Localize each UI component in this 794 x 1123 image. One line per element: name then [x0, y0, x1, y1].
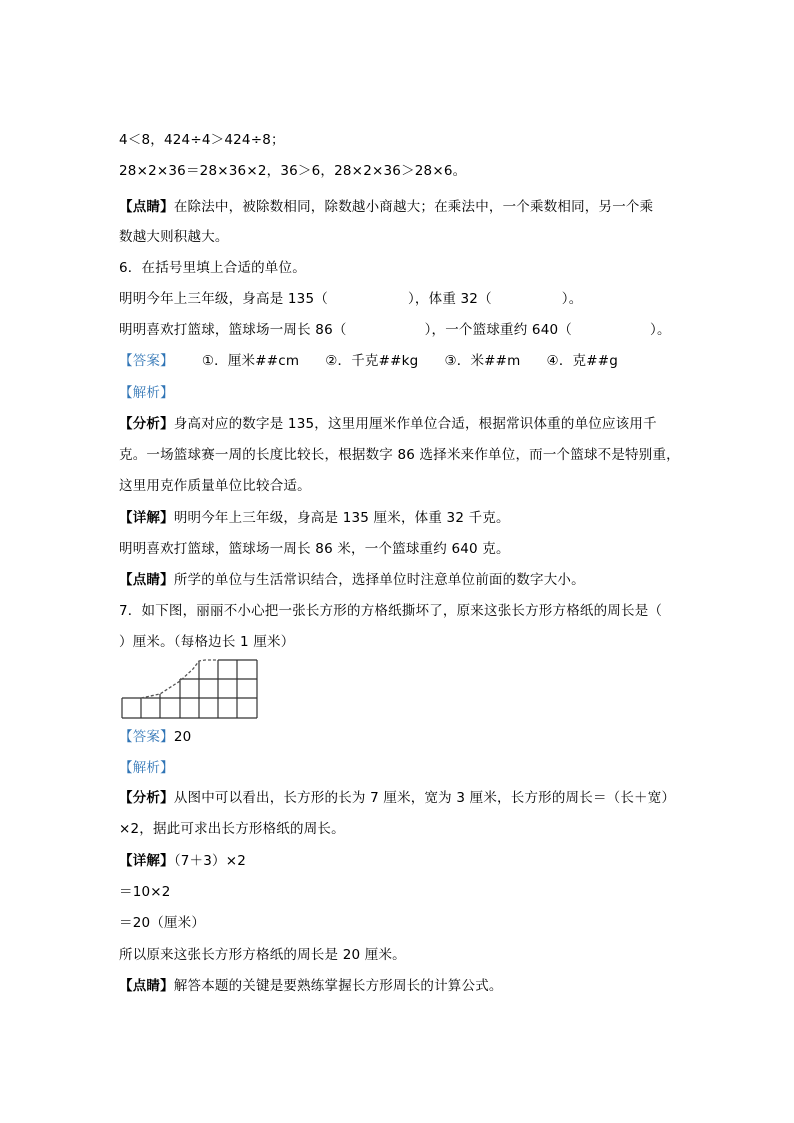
- q6-fenxi-line-3: 这里用克作质量单位比较合适。: [119, 476, 311, 496]
- dianjing-tag: 【点睛】: [119, 572, 174, 588]
- q6-sentence-1: 明明今年上三年级，身高是 135（），体重 32（）。: [119, 289, 582, 309]
- q6-dianjing-line: 【点睛】所学的单位与生活常识结合，选择单位时注意单位前面的数字大小。: [119, 570, 585, 590]
- q6-xiangjie-line-2: 明明喜欢打篮球，篮球场一周长 86 米，一个篮球重约 640 克。: [119, 539, 510, 559]
- xiangjie-text: 明明今年上三年级，身高是 135 厘米，体重 32 千克。: [174, 510, 510, 526]
- q6-fenxi-line-2: 克。一场篮球赛一周的长度比较长，根据数字 86 选择米来作单位，而一个篮球不是特…: [119, 445, 680, 465]
- q6-analysis-tag: 【解析】: [119, 383, 174, 403]
- q7-xiangjie-line-1: 【详解】（7＋3）×2: [119, 851, 246, 871]
- fenxi-tag: 【分析】: [119, 790, 174, 806]
- answer-item-4: ④．克##g: [547, 351, 619, 371]
- q6-xiangjie-line-1: 【详解】明明今年上三年级，身高是 135 厘米，体重 32 千克。: [119, 508, 510, 528]
- q6-answer-line: 【答案】①．厘米##cm②．千克##kg③．米##m④．克##g: [119, 351, 644, 371]
- q7-title-line-1: 7．如下图，丽丽不小心把一张长方形的方格纸撕坏了，原来这张长方形方格纸的周长是（: [119, 601, 662, 621]
- q6-s1-part-b: ），体重 32（: [408, 291, 492, 307]
- key-point-continuation: 数越大则积越大。: [119, 227, 229, 247]
- xiangjie-tag: 【详解】: [119, 510, 174, 526]
- dianjing-text: 解答本题的关键是要熟练掌握长方形周长的计算公式。: [174, 978, 503, 994]
- xiangjie-text: （7＋3）×2: [174, 853, 246, 869]
- q7-answer-line: 【答案】20: [119, 727, 191, 747]
- q7-dianjing-line: 【点睛】解答本题的关键是要熟练掌握长方形周长的计算公式。: [119, 976, 503, 996]
- q6-s1-part-c: ）。: [562, 291, 583, 307]
- q6-fenxi-line-1: 【分析】身高对应的数字是 135，这里用厘米作单位合适，根据常识体重的单位应该用…: [119, 414, 657, 434]
- q7-title-line-2: ）厘米。（每格边长 1 厘米）: [119, 632, 294, 652]
- answer-value: 20: [174, 729, 192, 745]
- comparison-line-2: 28×2×36＝28×36×2，36＞6，28×2×36＞28×6。: [119, 161, 466, 181]
- answer-tag: 【答案】: [119, 729, 174, 745]
- q6-s2-part-a: 明明喜欢打篮球，篮球场一周长 86（: [119, 322, 347, 338]
- q7-analysis-tag: 【解析】: [119, 758, 174, 778]
- answer-tag: 【答案】: [119, 353, 174, 369]
- comparison-line-1: 4＜8，424÷4＞424÷8；: [119, 130, 285, 150]
- q7-fenxi-line-1: 【分析】从图中可以看出，长方形的长为 7 厘米，宽为 3 厘米，长方形的周长＝（…: [119, 788, 675, 808]
- torn-grid-paper-figure: [121, 659, 259, 720]
- q6-s2-part-c: ）。: [650, 322, 671, 338]
- dianjing-tag: 【点睛】: [119, 978, 174, 994]
- q6-s2-part-b: ），一个篮球重约 640（: [425, 322, 572, 338]
- fenxi-text: 身高对应的数字是 135，这里用厘米作单位合适，根据常识体重的单位应该用千: [174, 416, 657, 432]
- q6-title: 6．在括号里填上合适的单位。: [119, 258, 306, 278]
- document-page: 4＜8，424÷4＞424÷8； 28×2×36＝28×36×2，36＞6，28…: [0, 0, 794, 1123]
- key-point-tag: 【点睛】: [119, 199, 174, 215]
- answer-item-2: ②．千克##kg: [325, 351, 418, 371]
- q6-sentence-2: 明明喜欢打篮球，篮球场一周长 86（），一个篮球重约 640（）。: [119, 320, 671, 340]
- q7-fenxi-line-2: ×2，据此可求出长方形格纸的周长。: [119, 819, 345, 839]
- fenxi-tag: 【分析】: [119, 416, 174, 432]
- q7-xiangjie-line-3: ＝20（厘米）: [119, 913, 205, 933]
- fenxi-text: 从图中可以看出，长方形的长为 7 厘米，宽为 3 厘米，长方形的周长＝（长＋宽）: [174, 790, 675, 806]
- xiangjie-tag: 【详解】: [119, 853, 174, 869]
- q7-xiangjie-line-2: ＝10×2: [119, 882, 171, 902]
- q7-xiangjie-line-4: 所以原来这张长方形方格纸的周长是 20 厘米。: [119, 945, 406, 965]
- analysis-tag: 【解析】: [119, 760, 174, 776]
- dianjing-text: 所学的单位与生活常识结合，选择单位时注意单位前面的数字大小。: [174, 572, 585, 588]
- q6-s1-part-a: 明明今年上三年级，身高是 135（: [119, 291, 328, 307]
- analysis-tag: 【解析】: [119, 385, 174, 401]
- answer-item-3: ③．米##m: [444, 351, 520, 371]
- key-point-text: 在除法中，被除数相同，除数越小商越大；在乘法中，一个乘数相同，另一个乘: [174, 199, 654, 215]
- answer-item-1: ①．厘米##cm: [202, 351, 299, 371]
- key-point-line: 【点睛】在除法中，被除数相同，除数越小商越大；在乘法中，一个乘数相同，另一个乘: [119, 197, 653, 217]
